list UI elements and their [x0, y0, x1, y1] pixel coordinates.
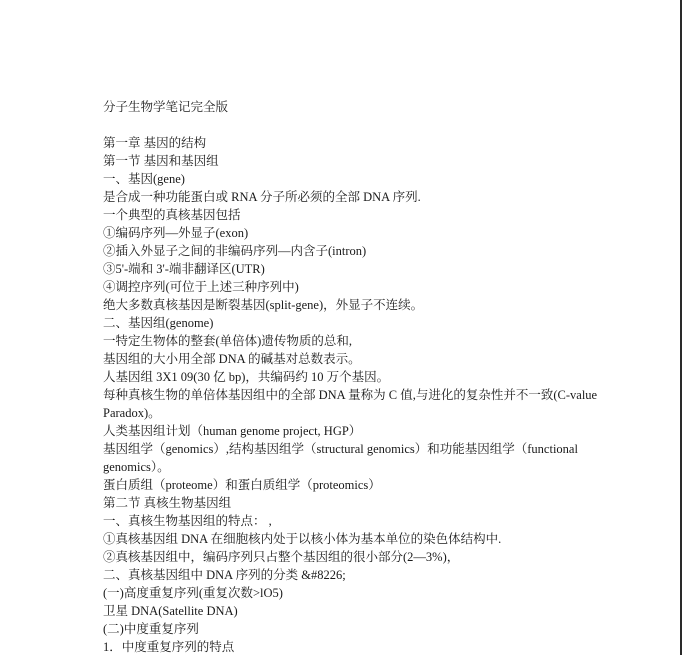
paragraph-line: 是合成一种功能蛋白或 RNA 分子所必须的全部 DNA 序列. — [103, 188, 603, 206]
list-item: ②真核基因组中，编码序列只占整个基因组的很小部分(2—3%)， — [103, 548, 603, 566]
chapter-heading: 第一章 基因的结构 — [103, 134, 603, 152]
section-heading: 第一节 基因和基因组 — [103, 152, 603, 170]
subheading: 1．中度重复序列的特点 — [103, 638, 603, 655]
paragraph-line: 每种真核生物的单倍体基因组中的全部 DNA 量称为 C 值,与进化的复杂性并不一… — [103, 386, 603, 404]
subheading: 二、真核基因组中 DNA 序列的分类 &#8226; — [103, 566, 603, 584]
list-item: ②插入外显子之间的非编码序列—内含子(intron) — [103, 242, 603, 260]
paragraph-line: genomics）。 — [103, 458, 603, 476]
document-body: 分子生物学笔记完全版 第一章 基因的结构 第一节 基因和基因组 一、基因(gen… — [103, 98, 603, 655]
list-item: ④调控序列(可位于上述三种序列中) — [103, 278, 603, 296]
paragraph-line: 基因组学（genomics）,结构基因组学（structural genomic… — [103, 440, 603, 458]
list-item: ③5'-端和 3'-端非翻译区(UTR) — [103, 260, 603, 278]
paragraph-line: 人基因组 3X1 09(30 亿 bp)，共编码约 10 万个基因。 — [103, 368, 603, 386]
list-item: ①编码序列—外显子(exon) — [103, 224, 603, 242]
subheading: (一)高度重复序列(重复次数>lO5) — [103, 584, 603, 602]
subheading: 一、真核生物基因组的特点： , — [103, 512, 603, 530]
paragraph-line: 一特定生物体的整套(单倍体)遗传物质的总和, — [103, 332, 603, 350]
subheading: 一、基因(gene) — [103, 170, 603, 188]
paragraph-line: 绝大多数真核基因是断裂基因(split-gene)，外显子不连续。 — [103, 296, 603, 314]
document-title: 分子生物学笔记完全版 — [103, 98, 603, 116]
paragraph-line: 蛋白质组（proteome）和蛋白质组学（proteomics） — [103, 476, 603, 494]
subheading: (二)中度重复序列 — [103, 620, 603, 638]
paragraph-line: 基因组的大小用全部 DNA 的碱基对总数表示。 — [103, 350, 603, 368]
paragraph-line: 人类基因组计划（human genome project, HGP） — [103, 422, 603, 440]
list-item: ①真核基因组 DNA 在细胞核内处于以核小体为基本单位的染色体结构中. — [103, 530, 603, 548]
paragraph-line: 卫星 DNA(Satellite DNA) — [103, 602, 603, 620]
paragraph-line: Paradox)。 — [103, 404, 603, 422]
subheading: 二、基因组(genome) — [103, 314, 603, 332]
paragraph-line: 一个典型的真核基因包括 — [103, 206, 603, 224]
section-heading: 第二节 真核生物基因组 — [103, 494, 603, 512]
